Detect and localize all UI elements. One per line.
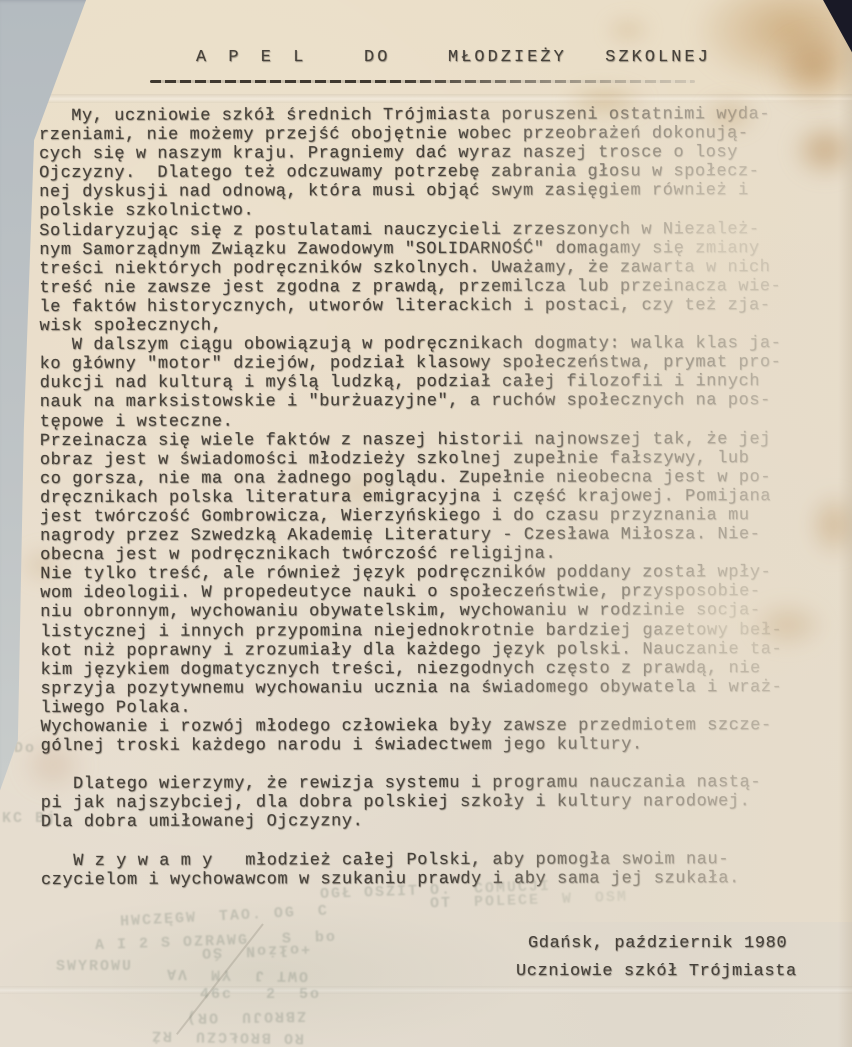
document-line: Przeinacza się wiele faktów z naszej his… [40, 430, 840, 451]
title-underline [150, 80, 695, 83]
ghost-text: OWT J YM VA [165, 965, 308, 984]
document-line: sprzyja pozytywnemu wychowaniu ucznia na… [40, 678, 840, 699]
document-line: rzeniami, nie możemy przejść obojętnie w… [39, 124, 839, 145]
document-line: ko główny "motor" dziejów, podział klaso… [40, 353, 840, 374]
document-line: kot niż poprawny i zrozumiały dla każdeg… [40, 640, 840, 661]
document-line: nauk na marksistowskie i "burżuazyjne", … [40, 391, 840, 412]
document-line: W z y w a m y młodzież całej Polski, aby… [41, 850, 841, 871]
document-line: niu obronnym, wychowaniu obywatelskim, w… [40, 601, 840, 622]
ghost-text: +ołżoN ŚO [200, 940, 311, 961]
signature-line: Uczniowie szkół Trójmiasta [516, 962, 797, 981]
document-line: Solidaryzując się z postulatami nauczyci… [39, 220, 839, 241]
document-line: obecna jest w podręcznikach twórczość re… [40, 544, 840, 565]
document-line: kim językiem dogmatycznych treści, niezg… [40, 659, 840, 680]
document-line [41, 754, 841, 775]
ghost-text: 46c 2 5o [200, 986, 321, 1003]
ghost-text: RO BROŁCZU RŻ [150, 1027, 304, 1047]
document-line: Dlatego wierzymy, że rewizja systemu i p… [41, 773, 841, 794]
ghost-text: HWCZĘGW TAO. OG C [120, 903, 330, 931]
document-line: nym Samorządnym Związku Zawodowym "SOLID… [39, 239, 839, 260]
document-line: Nie tylko treść, ale również język podrę… [40, 563, 840, 584]
horizontal-fold-crease [0, 986, 852, 994]
document-line: Dla dobra umiłowanej Ojczyzny. [41, 811, 841, 832]
stain [690, 0, 852, 90]
document-line: gólnej troski każdego narodu i świadectw… [41, 735, 841, 756]
document-line: obraz jest w świadomości młodzieży szkol… [40, 449, 840, 470]
document-body: My, uczniowie szkół średnich Trójmiasta … [39, 105, 841, 890]
ghost-text: SWYROWU [56, 958, 133, 975]
document-line: liwego Polaka. [41, 697, 841, 718]
document-line: treści niektórych podręczników szkolnych… [39, 258, 839, 279]
document-photo: OGŁ OSZIT O. COMUCJI HWCZĘGW TAO. OG C A… [0, 0, 852, 1047]
document-line: nej dyskusji nad odnową, która musi obją… [39, 181, 839, 202]
document-line: cych się w naszym kraju. Pragniemy dać w… [39, 143, 839, 164]
document-line: W dalszym ciągu obowiązują w podręcznika… [40, 334, 840, 355]
document-line: jest twórczość Gombrowicza, Wierzyńskieg… [40, 506, 840, 527]
stain [770, 30, 852, 110]
document-line: polskie szkolnictwo. [39, 200, 839, 221]
document-line: le faktów historycznych, utworów literac… [39, 296, 839, 317]
document-line: Ojczyzny. Dlatego też odczuwamy potrzebę… [39, 162, 839, 183]
document-line: treść nie zawsze jest zgodna z prawdą, p… [39, 277, 839, 298]
document-line: My, uczniowie szkół średnich Trójmiasta … [39, 105, 839, 126]
horizontal-fold-crease [0, 94, 852, 103]
document-line [41, 831, 841, 852]
document-line: dręcznikach polska literatura emigracyjn… [40, 487, 840, 508]
ghost-text: ZBROJU OR) [185, 1007, 306, 1026]
date-line: Gdańsk, październik 1980 [528, 934, 787, 953]
ghost-text: Do [14, 740, 36, 757]
stain [604, 16, 652, 44]
document-title: A P E L DO MŁODZIEŻY SZKOLNEJ [196, 48, 711, 67]
document-line: listycznej i innych przypomina niejednok… [40, 620, 840, 641]
document-line: tępowe i wsteczne. [40, 410, 840, 431]
document-line: Wychowanie i rozwój młodego człowieka by… [41, 716, 841, 737]
document-line: co gorsza, nie ma ona żadnego poglądu. Z… [40, 468, 840, 489]
document-line: czycielom i wychowawcom w szukaniu prawd… [41, 869, 841, 890]
document-line: pi jak najszybciej, dla dobra polskiej s… [41, 792, 841, 813]
right-edge-shadow [838, 0, 852, 1047]
document-line: nagrody przez Szwedzką Akademię Literatu… [40, 525, 840, 546]
document-line: wisk społecznych, [40, 315, 840, 336]
